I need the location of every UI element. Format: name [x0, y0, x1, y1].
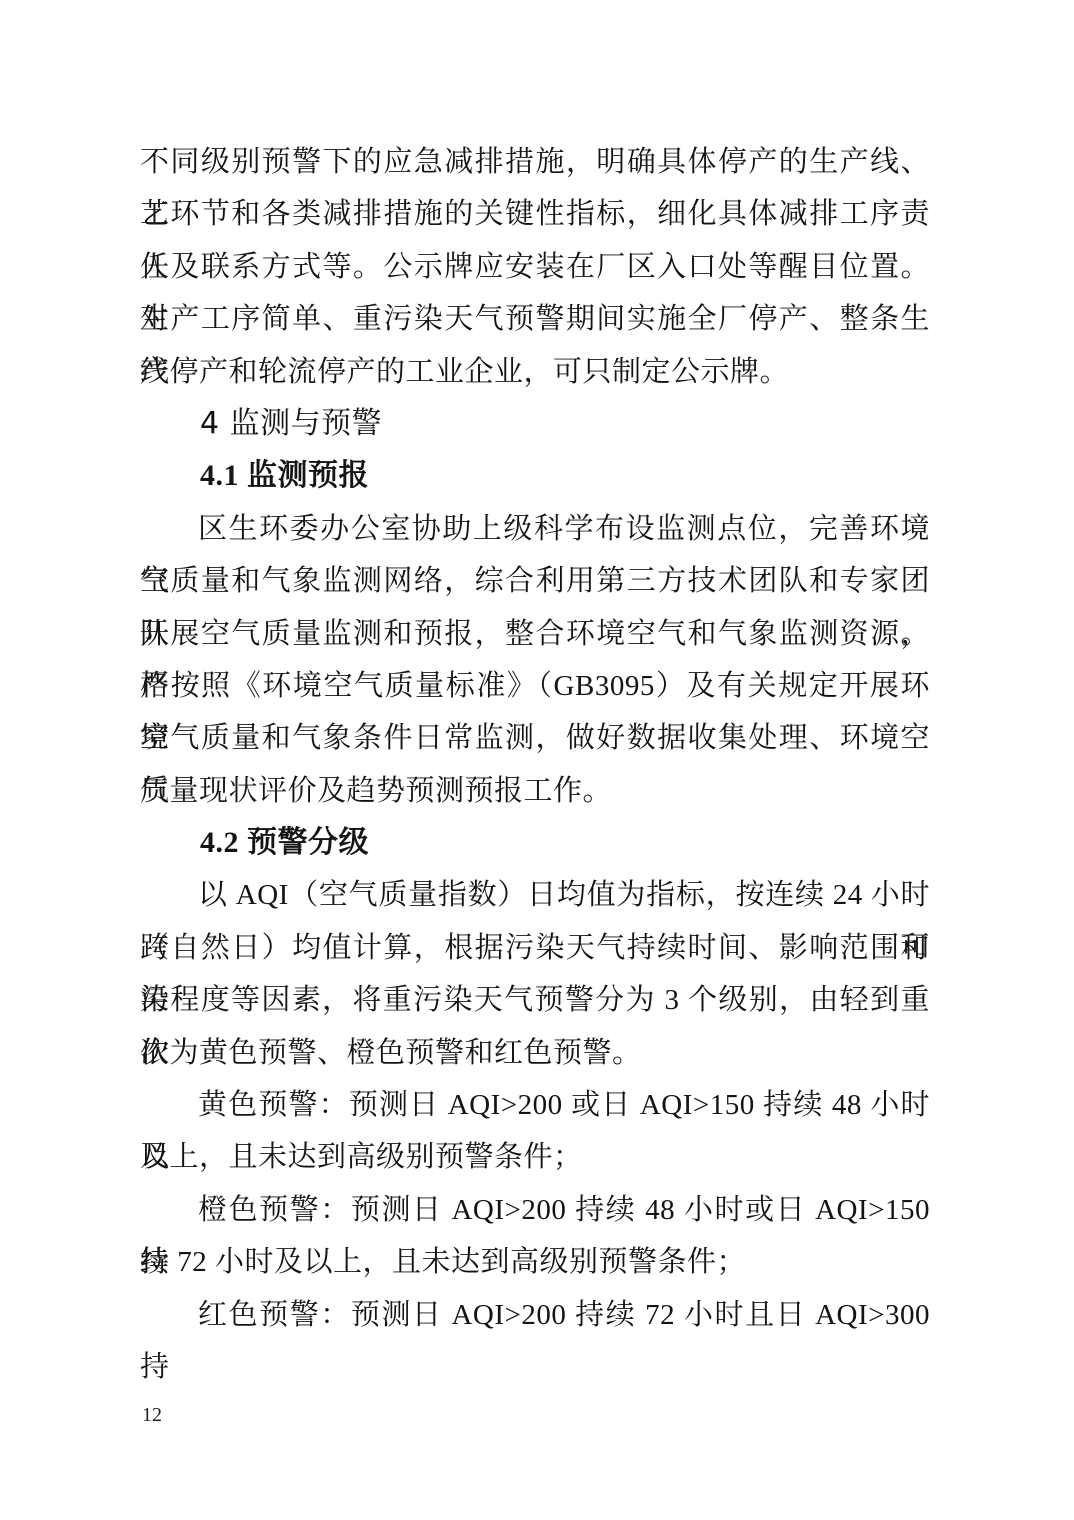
text-line: 不同级别预警下的应急减排措施，明确具体停产的生产线、工	[140, 136, 930, 188]
paragraph: 橙色预警：预测日 AQI>200 持续 48 小时或日 AQI>150 持续 7…	[140, 1184, 930, 1289]
text-line: 格按照《环境空气质量标准》（GB3095）及有关规定开展环境	[140, 660, 930, 712]
document-page: 不同级别预警下的应急减排措施，明确具体停产的生产线、工艺环节和各类减排措施的关键…	[0, 0, 1074, 1520]
text-line: 人及联系方式等。公示牌应安装在厂区入口处等醒目位置。对	[140, 241, 930, 293]
text-line: 艺环节和各类减排措施的关键性指标，细化具体减排工序责任	[140, 188, 930, 240]
document-body: 不同级别预警下的应急减排措施，明确具体停产的生产线、工艺环节和各类减排措施的关键…	[140, 136, 930, 1341]
text-line: 续 72 小时及以上，且未达到高级别预警条件；	[140, 1236, 930, 1288]
text-line: 生产工序简单、重污染天气预警期间实施全厂停产、整条生产	[140, 293, 930, 345]
text-line: 橙色预警：预测日 AQI>200 持续 48 小时或日 AQI>150 持	[140, 1184, 930, 1236]
paragraph: 以 AQI（空气质量指数）日均值为指标，按连续 24 小时（可跨自然日）均值计算…	[140, 869, 930, 1079]
paragraph: 不同级别预警下的应急减排措施，明确具体停产的生产线、工艺环节和各类减排措施的关键…	[140, 136, 930, 398]
text-line: 以 AQI（空气质量指数）日均值为指标，按连续 24 小时（可	[140, 869, 930, 921]
paragraph: 区生环委办公室协助上级科学布设监测点位，完善环境空气质量和气象监测网络，综合利用…	[140, 503, 930, 817]
text-line: 次为黄色预警、橙色预警和红色预警。	[140, 1027, 930, 1079]
text-line: 气质量和气象监测网络，综合利用第三方技术团队和专家团队，	[140, 555, 930, 607]
text-line: 以上，且未达到高级别预警条件；	[140, 1131, 930, 1183]
text-line: 红色预警：预测日 AQI>200 持续 72 小时且日 AQI>300 持	[140, 1289, 930, 1341]
paragraph: 黄色预警：预测日 AQI>200 或日 AQI>150 持续 48 小时及以上，…	[140, 1079, 930, 1184]
chapter-heading: 4 监测与预警	[140, 398, 930, 450]
page-number: 12	[142, 1402, 162, 1428]
subsection-heading: 4.2 预警分级	[140, 817, 930, 869]
subsection-heading: 4.1 监测预报	[140, 450, 930, 502]
text-line: 区生环委办公室协助上级科学布设监测点位，完善环境空	[140, 503, 930, 555]
text-line: 线停产和轮流停产的工业企业，可只制定公示牌。	[140, 346, 930, 398]
text-line: 质量现状评价及趋势预测预报工作。	[140, 765, 930, 817]
text-line: 染程度等因素，将重污染天气预警分为 3 个级别，由轻到重依	[140, 974, 930, 1026]
text-line: 跨自然日）均值计算，根据污染天气持续时间、影响范围和污	[140, 922, 930, 974]
text-line: 开展空气质量监测和预报，整合环境空气和气象监测资源。严	[140, 608, 930, 660]
text-line: 空气质量和气象条件日常监测，做好数据收集处理、环境空气	[140, 712, 930, 764]
text-line: 黄色预警：预测日 AQI>200 或日 AQI>150 持续 48 小时及	[140, 1079, 930, 1131]
paragraph: 红色预警：预测日 AQI>200 持续 72 小时且日 AQI>300 持	[140, 1289, 930, 1341]
